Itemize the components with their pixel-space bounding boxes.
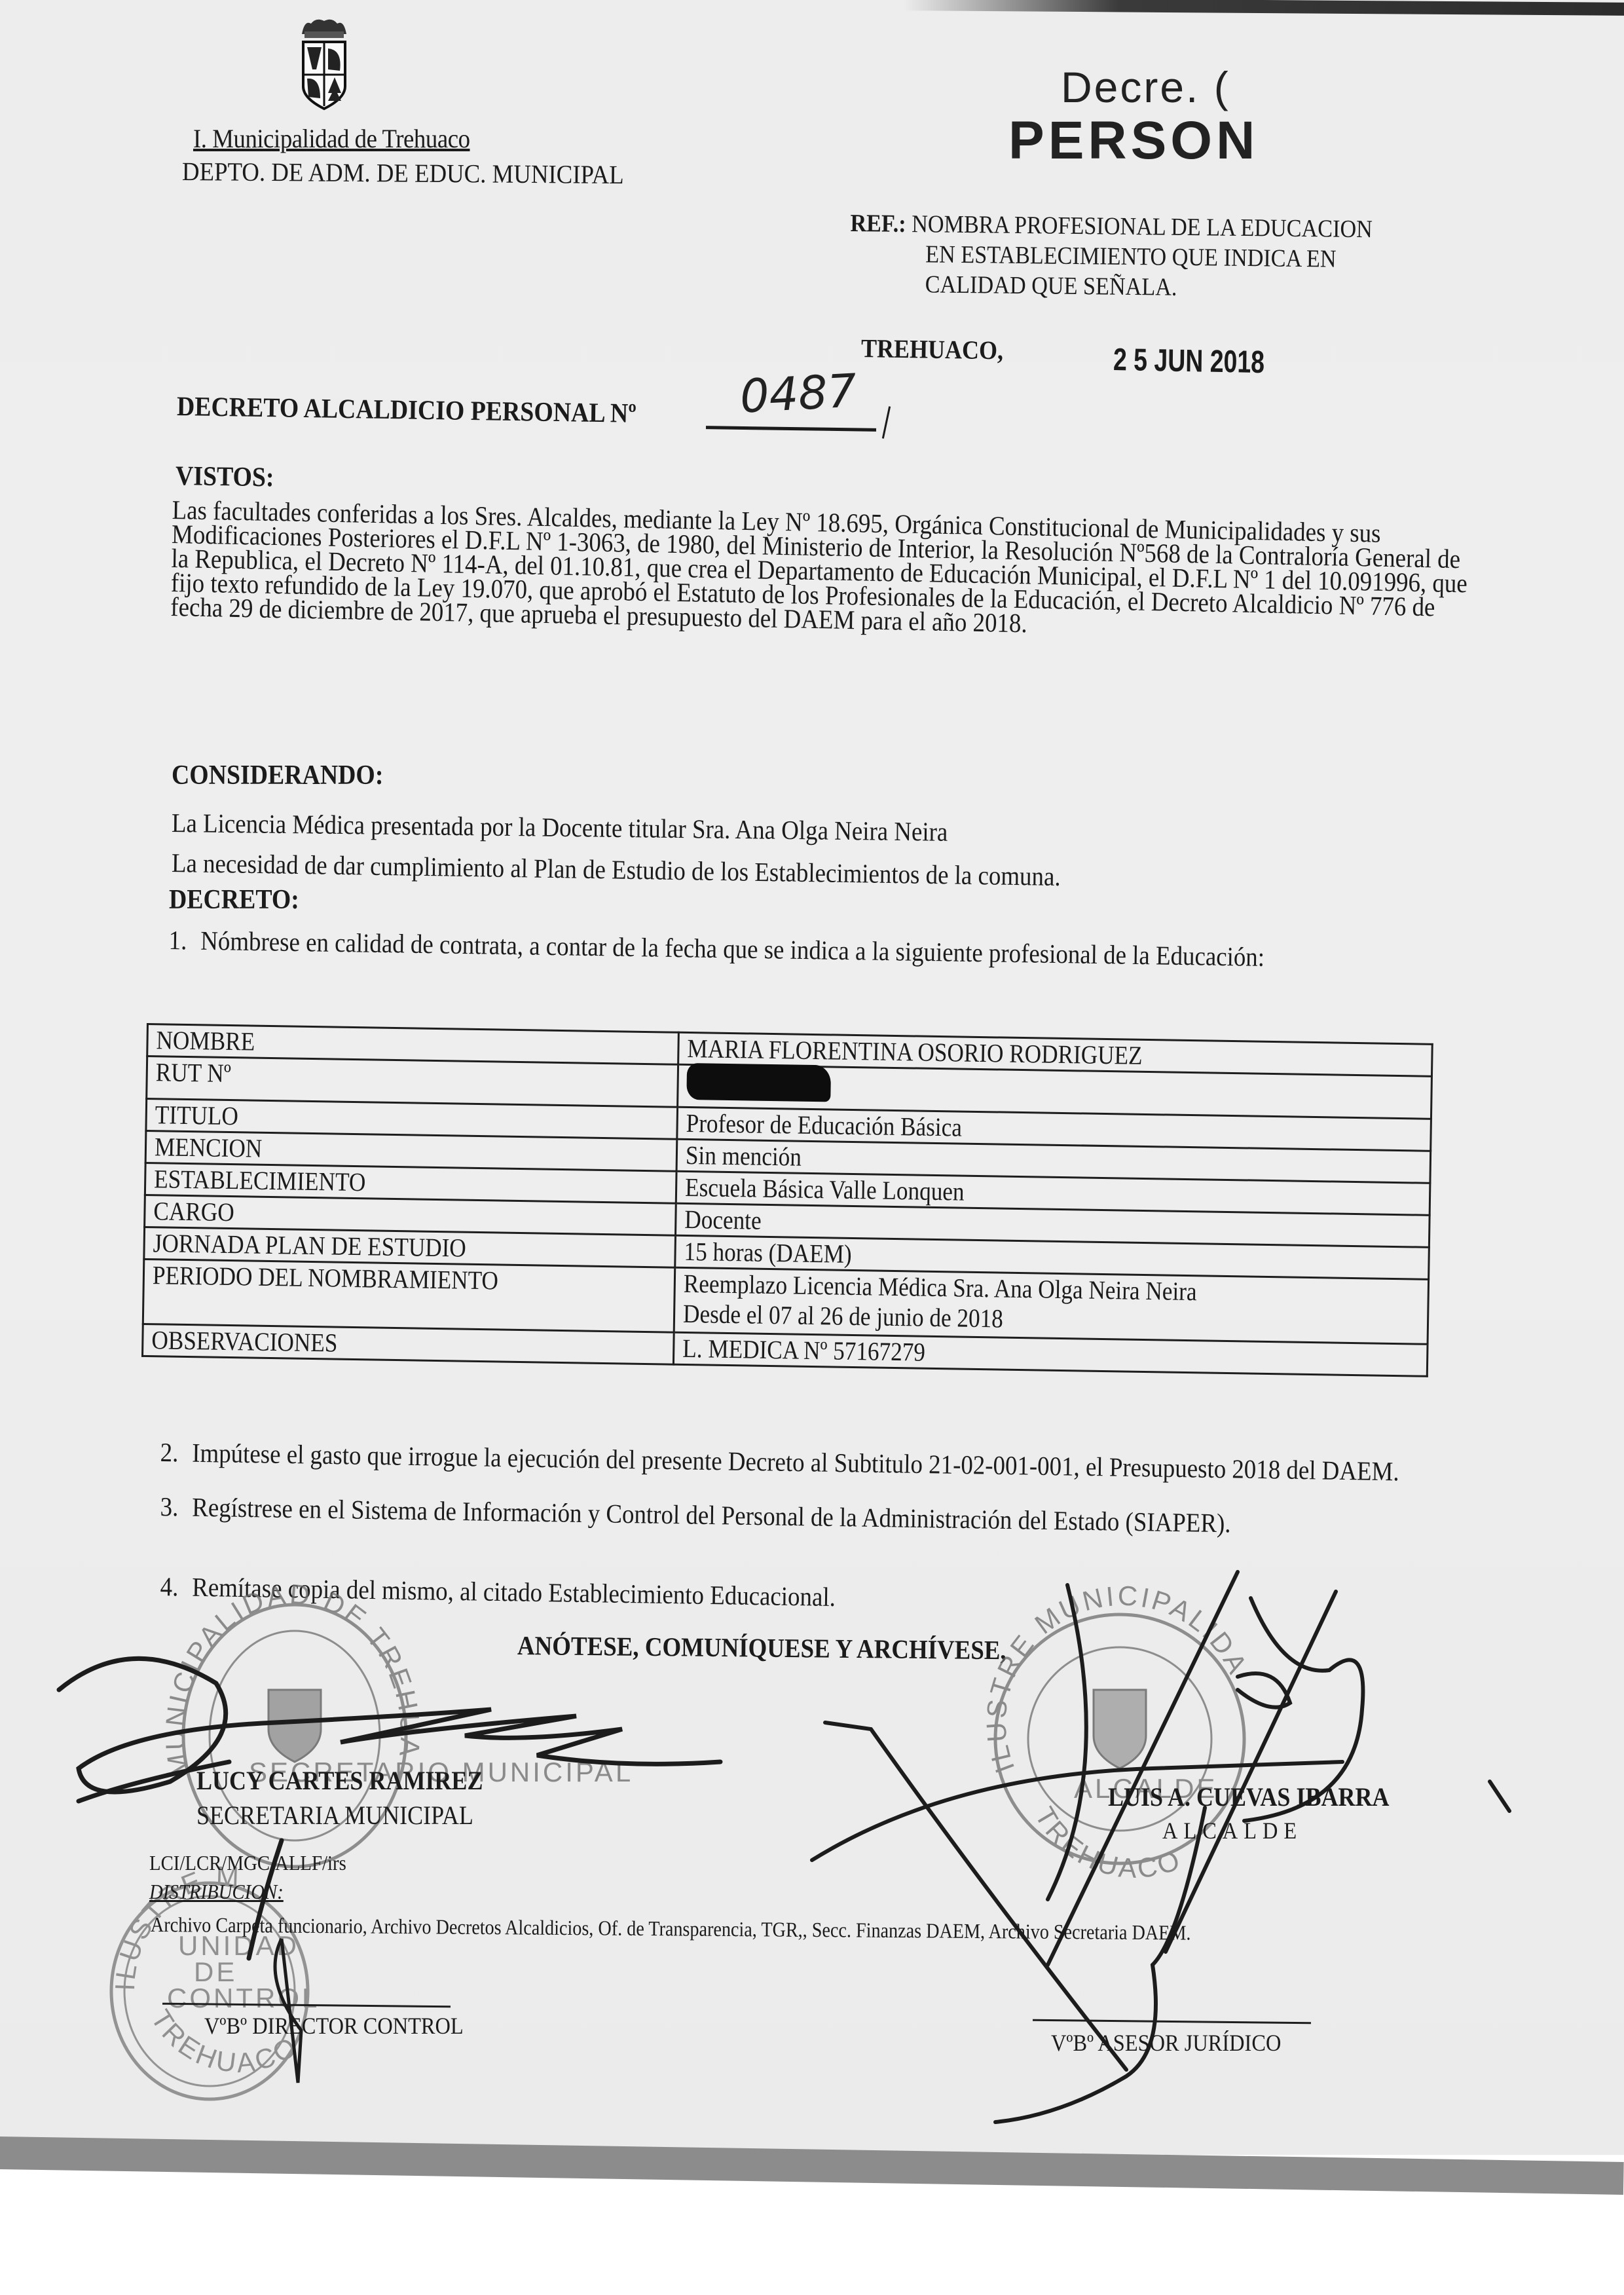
row-value: Docente <box>684 1204 762 1236</box>
row-label: PERIODO DEL NOMBRAMIENTO <box>153 1260 499 1296</box>
row-label: NOMBRE <box>156 1025 255 1056</box>
considerando-heading: CONSIDERANDO: <box>172 760 383 791</box>
row-label: TITULO <box>155 1100 238 1131</box>
secretary-name: LUCY CARTES RAMIREZ <box>196 1765 483 1796</box>
control-approval-label: VºBº DIRECTOR CONTROL <box>204 2012 464 2040</box>
row-label: CARGO <box>153 1196 234 1227</box>
municipality-name: I. Municipalidad de Trehuaco <box>193 123 470 154</box>
decreto-heading: DECRETO: <box>169 884 299 916</box>
mayor-name: LUIS A. CUEVAS IBARRA <box>1108 1782 1389 1812</box>
decree-number-handwritten: 0487 <box>739 364 858 423</box>
decree-item-number: 2. <box>160 1436 178 1468</box>
municipal-coat-of-arms-icon <box>298 14 350 119</box>
stamp-personal-line: PERSON <box>1008 110 1259 172</box>
row-value: L. MEDICA Nº 57167279 <box>682 1334 925 1368</box>
vistos-heading: VISTOS: <box>175 460 274 493</box>
date-stamp: 2 5 JUN 2018 <box>1113 342 1265 381</box>
stamp-decree-line: Decre. ( <box>1061 62 1230 112</box>
row-label: ESTABLECIMIENTO <box>154 1164 366 1197</box>
row-label: OBSERVACIONES <box>151 1325 338 1358</box>
appointment-table: NOMBREMARIA FLORENTINA OSORIO RODRIGUEZ … <box>141 1023 1433 1377</box>
row-label: JORNADA PLAN DE ESTUDIO <box>153 1228 466 1263</box>
row-value: Profesor de Educación Básica <box>686 1108 962 1143</box>
redacted-rut <box>686 1063 831 1102</box>
mayor-role: ALCALDE <box>1162 1817 1302 1844</box>
decree-item-number: 3. <box>160 1490 178 1523</box>
vistos-text: Las facultades conferidas a los Sres. Al… <box>170 498 1469 644</box>
row-value-line2: Desde el 07 al 26 de junio de 2018 <box>683 1299 1003 1334</box>
row-value: 15 horas (DAEM) <box>684 1237 852 1269</box>
decree-item-number: 4. <box>160 1570 178 1603</box>
closing-formula: ANÓTESE, COMUNÍQUESE Y ARCHÍVESE, <box>517 1630 1006 1666</box>
distribution-heading: DISTRIBUCION: <box>149 1880 284 1904</box>
row-label: RUT Nº <box>155 1057 231 1089</box>
initials-reference: LCI/LCR/MGC/ALLF/irs <box>149 1851 346 1875</box>
reference-block: REF.: NOMBRA PROFESIONAL DE LA EDUCACION… <box>849 208 1373 305</box>
place: TREHUACO, <box>861 333 1004 365</box>
secretary-role: SECRETARIA MUNICIPAL <box>196 1800 473 1831</box>
row-value: Sin mención <box>686 1140 802 1172</box>
legal-approval-label: VºBº ASESOR JURÍDICO <box>1051 2029 1281 2057</box>
reference-line: CALIDAD QUE SEÑALA. <box>849 269 1372 305</box>
row-value: Escuela Básica Valle Lonquen <box>685 1172 965 1207</box>
reference-line: NOMBRA PROFESIONAL DE LA EDUCACION <box>912 210 1373 243</box>
department-name: DEPTO. DE ADM. DE EDUC. MUNICIPAL <box>182 156 624 190</box>
row-label: MENCION <box>155 1132 263 1164</box>
decree-item-number: 1. <box>168 924 187 956</box>
reference-label: REF.: <box>850 210 906 238</box>
